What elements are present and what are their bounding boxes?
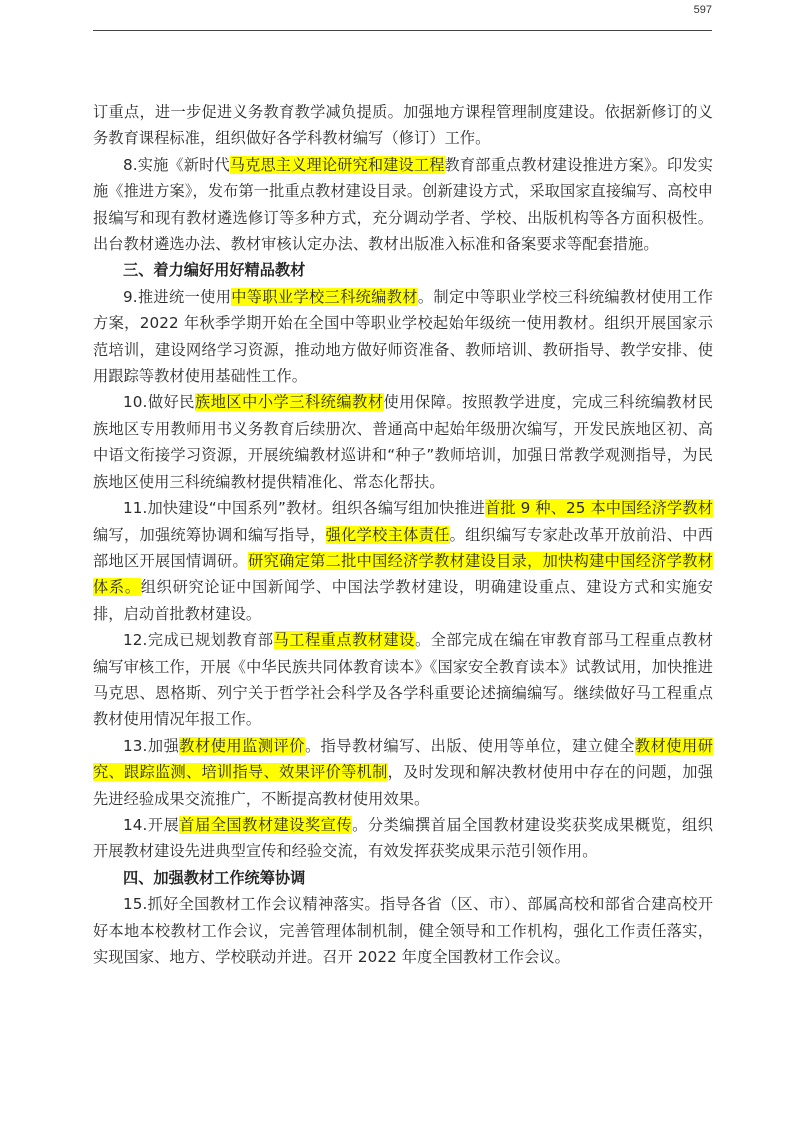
paragraph-12: 12.完成已规划教育部马工程重点教材建设。全部完成在编在审教育部马工程重点教材编… — [93, 627, 713, 733]
text-run: 12.完成已规划教育部 — [123, 631, 274, 649]
text-run: 13.加强 — [123, 737, 179, 755]
header-rule — [93, 30, 712, 31]
page-number: 597 — [660, 4, 712, 16]
text-run: 9.推进统一使用 — [123, 288, 231, 306]
text-run: 三、着力编好用好精品教材 — [123, 261, 305, 279]
text-run: 订重点，进一步促进义务教育教学减负提质。加强地方课程管理制度建设。依据新修订的义… — [93, 103, 713, 147]
section-heading-3: 三、着力编好用好精品教材 — [93, 257, 713, 283]
highlighted-text: 马工程重点教材建设 — [274, 631, 415, 649]
paragraph-14: 14.开展首届全国教材建设奖宣传。分类编撰首届全国教材建设奖获奖成果概览，组织开… — [93, 812, 713, 865]
paragraph-8: 8.实施《新时代马克思主义理论研究和建设工程教育部重点教材建设推进方案》。印发实… — [93, 152, 713, 258]
paragraph-13: 13.加强教材使用监测评价。指导教材编写、出版、使用等单位，建立健全教材使用研究… — [93, 733, 713, 812]
highlighted-text: 强化学校主体责任 — [326, 526, 450, 544]
highlighted-text: 首届全国教材建设奖宣传 — [179, 816, 352, 834]
highlighted-text: 族地区中小学三科统编教材 — [195, 393, 384, 411]
highlighted-text: 首批 9 种、25 本中国经济学教材 — [485, 499, 713, 517]
highlighted-text: 中等职业学校三科统编教材 — [231, 288, 418, 306]
text-run: 编写，加强统筹协调和编写指导， — [93, 526, 326, 544]
paragraph-10: 10.做好民族地区中小学三科统编教材使用保障。按照教学进度，完成三科统编教材民族… — [93, 389, 713, 495]
highlighted-text: 马克思主义理论研究和建设工程 — [230, 156, 445, 174]
text-run: 四、加强教材工作统筹协调 — [123, 869, 305, 887]
text-run: 组织研究论证中国新闻学、中国法学教材建设，明确建设重点、建设方式和实施安排，启动… — [93, 578, 713, 622]
text-run: 15.抓好全国教材工作会议精神落实。指导各省（区、市）、部属高校和部省合建高校开… — [93, 895, 713, 966]
text-run: 11.加快建设“中国系列”教材。组织各编写组加快推进 — [123, 499, 485, 517]
paragraph-11: 11.加快建设“中国系列”教材。组织各编写组加快推进首批 9 种、25 本中国经… — [93, 495, 713, 627]
document-body: 订重点，进一步促进义务教育教学减负提质。加强地方课程管理制度建设。依据新修订的义… — [93, 99, 713, 970]
paragraph-15: 15.抓好全国教材工作会议精神落实。指导各省（区、市）、部属高校和部省合建高校开… — [93, 891, 713, 970]
text-run: 8.实施《新时代 — [123, 156, 230, 174]
text-run: 。指导教材编写、出版、使用等单位，建立健全 — [305, 737, 635, 755]
text-run: 10.做好民 — [123, 393, 195, 411]
text-run: 14.开展 — [123, 816, 179, 834]
paragraph-9: 9.推进统一使用中等职业学校三科统编教材。制定中等职业学校三科统编教材使用工作方… — [93, 284, 713, 390]
section-heading-4: 四、加强教材工作统筹协调 — [93, 865, 713, 891]
paragraph-7-continued: 订重点，进一步促进义务教育教学减负提质。加强地方课程管理制度建设。依据新修订的义… — [93, 99, 713, 152]
highlighted-text: 教材使用监测评价 — [179, 737, 305, 755]
